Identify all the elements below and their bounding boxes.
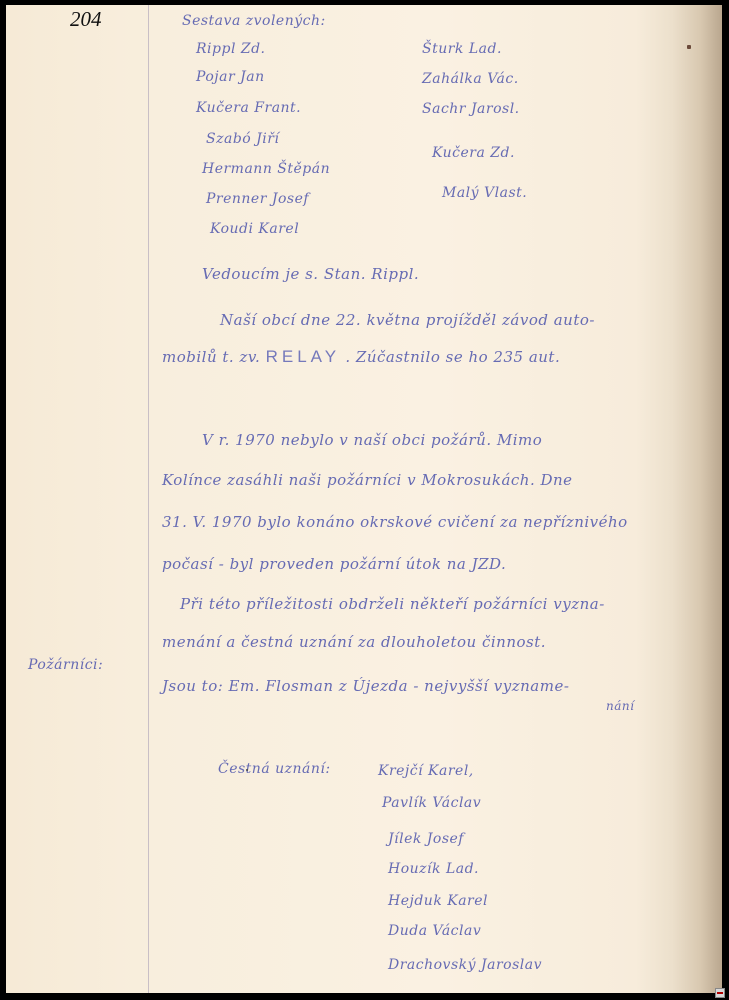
honoree: Duda Václav: [388, 923, 481, 939]
scan-frame: 204 Sestava zvolených: Rippl Zd. Pojar J…: [0, 0, 729, 1000]
fire-report-line: počasí - byl proveden požární útok na JZ…: [162, 555, 506, 573]
committee-member: Zahálka Vác.: [422, 71, 519, 87]
race-text-suffix: . Zúčastnilo se ho 235 aut.: [345, 348, 560, 366]
race-name: RELAY: [266, 347, 341, 366]
committee-member: Sachr Jarosl.: [422, 101, 520, 117]
committee-member: Hermann Štěpán: [202, 161, 330, 177]
margin-rule: [148, 5, 149, 993]
fire-report-line: nání: [606, 699, 634, 713]
ink-dot: [246, 769, 248, 771]
minimize-icon[interactable]: [715, 988, 725, 998]
committee-member: Koudi Karel: [210, 221, 299, 237]
fire-report-line: Jsou to: Em. Flosman z Újezda - nejvyšší…: [162, 677, 569, 695]
fire-report-line: V r. 1970 nebylo v naší obci požárů. Mim…: [202, 431, 542, 449]
honors-label: Čestná uznání:: [218, 761, 331, 777]
page-number: 204: [70, 7, 102, 32]
fire-report-line: 31. V. 1970 bylo konáno okrskové cvičení…: [162, 513, 628, 531]
fire-report-line: menání a čestná uznání za dlouholetou či…: [162, 633, 546, 651]
committee-member: Szabó Jiří: [206, 131, 279, 147]
committee-member: Malý Vlast.: [442, 185, 527, 201]
document-page: 204 Sestava zvolených: Rippl Zd. Pojar J…: [6, 5, 722, 993]
race-text-line: mobilů t. zv. RELAY . Zúčastnilo se ho 2…: [162, 347, 560, 367]
binding-mark: [687, 45, 691, 49]
committee-member: Prenner Josef: [206, 191, 309, 207]
honoree: Krejčí Karel,: [378, 763, 474, 779]
committee-heading: Sestava zvolených:: [182, 13, 326, 29]
honoree: Jílek Josef: [388, 831, 464, 847]
fire-report-line: Při této příležitosti obdrželi někteří p…: [180, 595, 605, 613]
committee-member: Kučera Frant.: [196, 100, 301, 116]
honoree: Hejduk Karel: [388, 893, 488, 909]
honoree: Pavlík Václav: [382, 795, 481, 811]
committee-member: Šturk Lad.: [422, 41, 502, 57]
honoree: Drachovský Jaroslav: [388, 957, 542, 973]
leader-line: Vedoucím je s. Stan. Rippl.: [202, 265, 419, 283]
fire-report-line: Kolínce zasáhli naši požárníci v Mokrosu…: [162, 471, 573, 489]
race-text-prefix: mobilů t. zv.: [162, 348, 260, 366]
committee-member: Rippl Zd.: [196, 41, 266, 57]
committee-member: Kučera Zd.: [432, 145, 515, 161]
race-text-line: Naší obcí dne 22. května projížděl závod…: [220, 311, 595, 329]
honoree: Houzík Lad.: [388, 861, 479, 877]
margin-note: Požárníci:: [28, 657, 103, 673]
committee-member: Pojar Jan: [196, 69, 265, 85]
